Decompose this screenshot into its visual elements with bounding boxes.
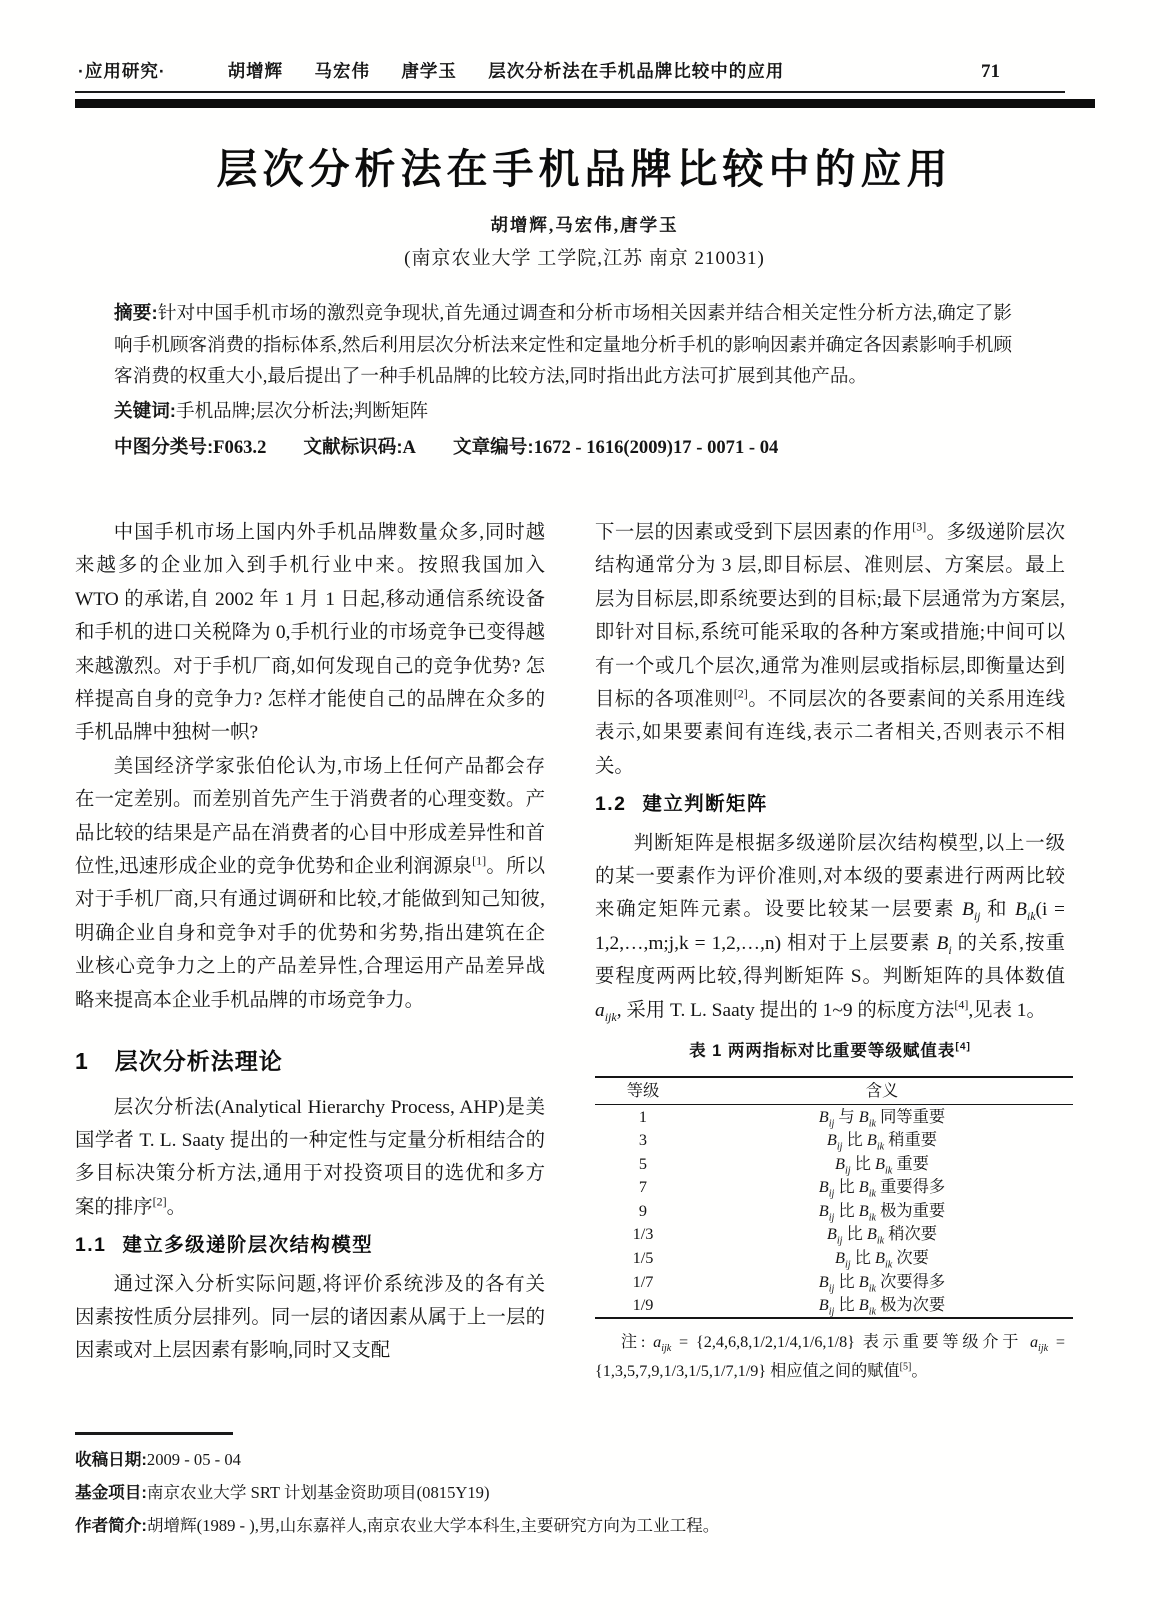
right-column: 下一层的因素或受到下层因素的作用[3]。多级递阶层次结构通常分为 3 层,即目标… (595, 516, 1065, 1386)
table-row: 3Bij 比 Bik 稍重要 (595, 1128, 1073, 1152)
table-row: 7Bij 比 Bik 重要得多 (595, 1175, 1073, 1199)
front-matter-block: 摘要:针对中国手机市场的激烈竞争现状,首先通过调查和分析市场相关因素并结合相关定… (114, 297, 1012, 464)
article-id: 文章编号:1672 - 1616(2009)17 - 0071 - 04 (453, 431, 778, 464)
paragraph: 美国经济学家张伯伦认为,市场上任何产品都会存在一定差别。而差别首先产生于消费者的… (75, 750, 545, 1017)
paragraph: 中国手机市场上国内外手机品牌数量众多,同时越来越多的企业加入到手机行业中来。按照… (75, 516, 545, 750)
keywords-text: 手机品牌;层次分析法;判断矩阵 (176, 401, 428, 422)
running-head-author: 唐学玉 (401, 61, 457, 81)
table-1-note: 注: aijk = {2,4,6,8,1/2,1/4,1/6,1/8} 表示重要… (595, 1328, 1065, 1386)
running-head-paper-title: 层次分析法在手机品牌比较中的应用 (488, 61, 784, 81)
table-row: 5Bij 比 Bik 重要 (595, 1152, 1073, 1176)
table-row: 1/3Bij 比 Bik 稍次要 (595, 1222, 1073, 1246)
footnote-block: 收稿日期:2009 - 05 - 04 基金项目:南京农业大学 SRT 计划基金… (75, 1444, 1080, 1542)
column-header-grade: 等级 (595, 1078, 691, 1104)
affiliation: (南京农业大学 工学院,江苏 南京 210031) (0, 243, 1169, 270)
keywords: 关键词:手机品牌;层次分析法;判断矩阵 (114, 395, 1012, 428)
running-head-author: 胡增辉 (228, 61, 284, 81)
paper-page: ·应用研究· 胡增辉 马宏伟 唐学玉 层次分析法在手机品牌比较中的应用 71 层… (0, 0, 1169, 1616)
meta-line: 中图分类号:F063.2 文献标识码:A 文章编号:1672 - 1616(20… (114, 431, 1012, 464)
table-row: 9Bij 比 Bik 极为重要 (595, 1199, 1073, 1223)
paragraph: 下一层的因素或受到下层因素的作用[3]。多级递阶层次结构通常分为 3 层,即目标… (595, 516, 1065, 783)
paper-title: 层次分析法在手机品牌比较中的应用 (0, 136, 1169, 195)
section-heading-1-1: 1.1建立多级递阶层次结构模型 (75, 1229, 545, 1262)
paragraph: 层次分析法(Analytical Hierarchy Process, AHP)… (75, 1091, 545, 1225)
fund-project: 基金项目:南京农业大学 SRT 计划基金资助项目(0815Y19) (75, 1477, 1080, 1510)
table-1-body: 等级 含义 1Bij 与 Bik 同等重要 3Bij 比 Bik 稍重要 5Bi… (595, 1076, 1073, 1319)
keywords-label: 关键词: (114, 400, 176, 421)
authors-line: 胡增辉,马宏伟,唐学玉 (0, 212, 1169, 237)
header-rule-thin (75, 91, 1065, 93)
abstract-text: 针对中国手机市场的激烈竞争现状,首先通过调查和分析市场相关因素并结合相关定性分析… (114, 303, 1012, 387)
table-row: 1/7Bij 比 Bik 次要得多 (595, 1270, 1073, 1294)
left-column: 中国手机市场上国内外手机品牌数量众多,同时越来越多的企业加入到手机行业中来。按照… (75, 516, 545, 1368)
running-head: ·应用研究· 胡增辉 马宏伟 唐学玉 层次分析法在手机品牌比较中的应用 71 (78, 58, 1092, 83)
clc-number: 中图分类号:F063.2 (114, 431, 266, 464)
section-heading-1: 1层次分析法理论 (75, 1045, 545, 1078)
table-1: 表 1 两两指标对比重要等级赋值表[4] 等级 含义 1Bij 与 Bik 同等… (595, 1035, 1065, 1386)
running-head-category: ·应用研究· (78, 58, 166, 83)
table-header-row: 等级 含义 (595, 1078, 1073, 1105)
table-row: 1/5Bij 比 Bik 次要 (595, 1246, 1073, 1270)
paragraph: 判断矩阵是根据多级递阶层次结构模型,以上一级的某一要素作为评价准则,对本级的要素… (595, 827, 1065, 1027)
running-head-author: 马宏伟 (315, 61, 371, 81)
abstract-label: 摘要: (114, 302, 158, 323)
page-number: 71 (981, 61, 1000, 83)
received-date: 收稿日期:2009 - 05 - 04 (75, 1444, 1080, 1477)
section-heading-1-2: 1.2建立判断矩阵 (595, 788, 1065, 821)
footnote-divider (75, 1432, 233, 1435)
table-row: 1/9Bij 比 Bik 极为次要 (595, 1293, 1073, 1317)
author-bio: 作者简介:胡增辉(1989 - ),男,山东嘉祥人,南京农业大学本科生,主要研究… (75, 1510, 1080, 1543)
column-header-meaning: 含义 (691, 1078, 1073, 1104)
table-row: 1Bij 与 Bik 同等重要 (595, 1105, 1073, 1129)
running-head-authors-title: 胡增辉 马宏伟 唐学玉 层次分析法在手机品牌比较中的应用 (228, 58, 785, 83)
abstract: 摘要:针对中国手机市场的激烈竞争现状,首先通过调查和分析市场相关因素并结合相关定… (114, 297, 1012, 393)
table-1-title: 表 1 两两指标对比重要等级赋值表[4] (595, 1035, 1065, 1068)
document-code: 文献标识码:A (303, 431, 416, 464)
paragraph: 通过深入分析实际问题,将评价系统涉及的各有关因素按性质分层排列。同一层的诸因素从… (75, 1268, 545, 1368)
header-rule-thick (75, 99, 1095, 108)
